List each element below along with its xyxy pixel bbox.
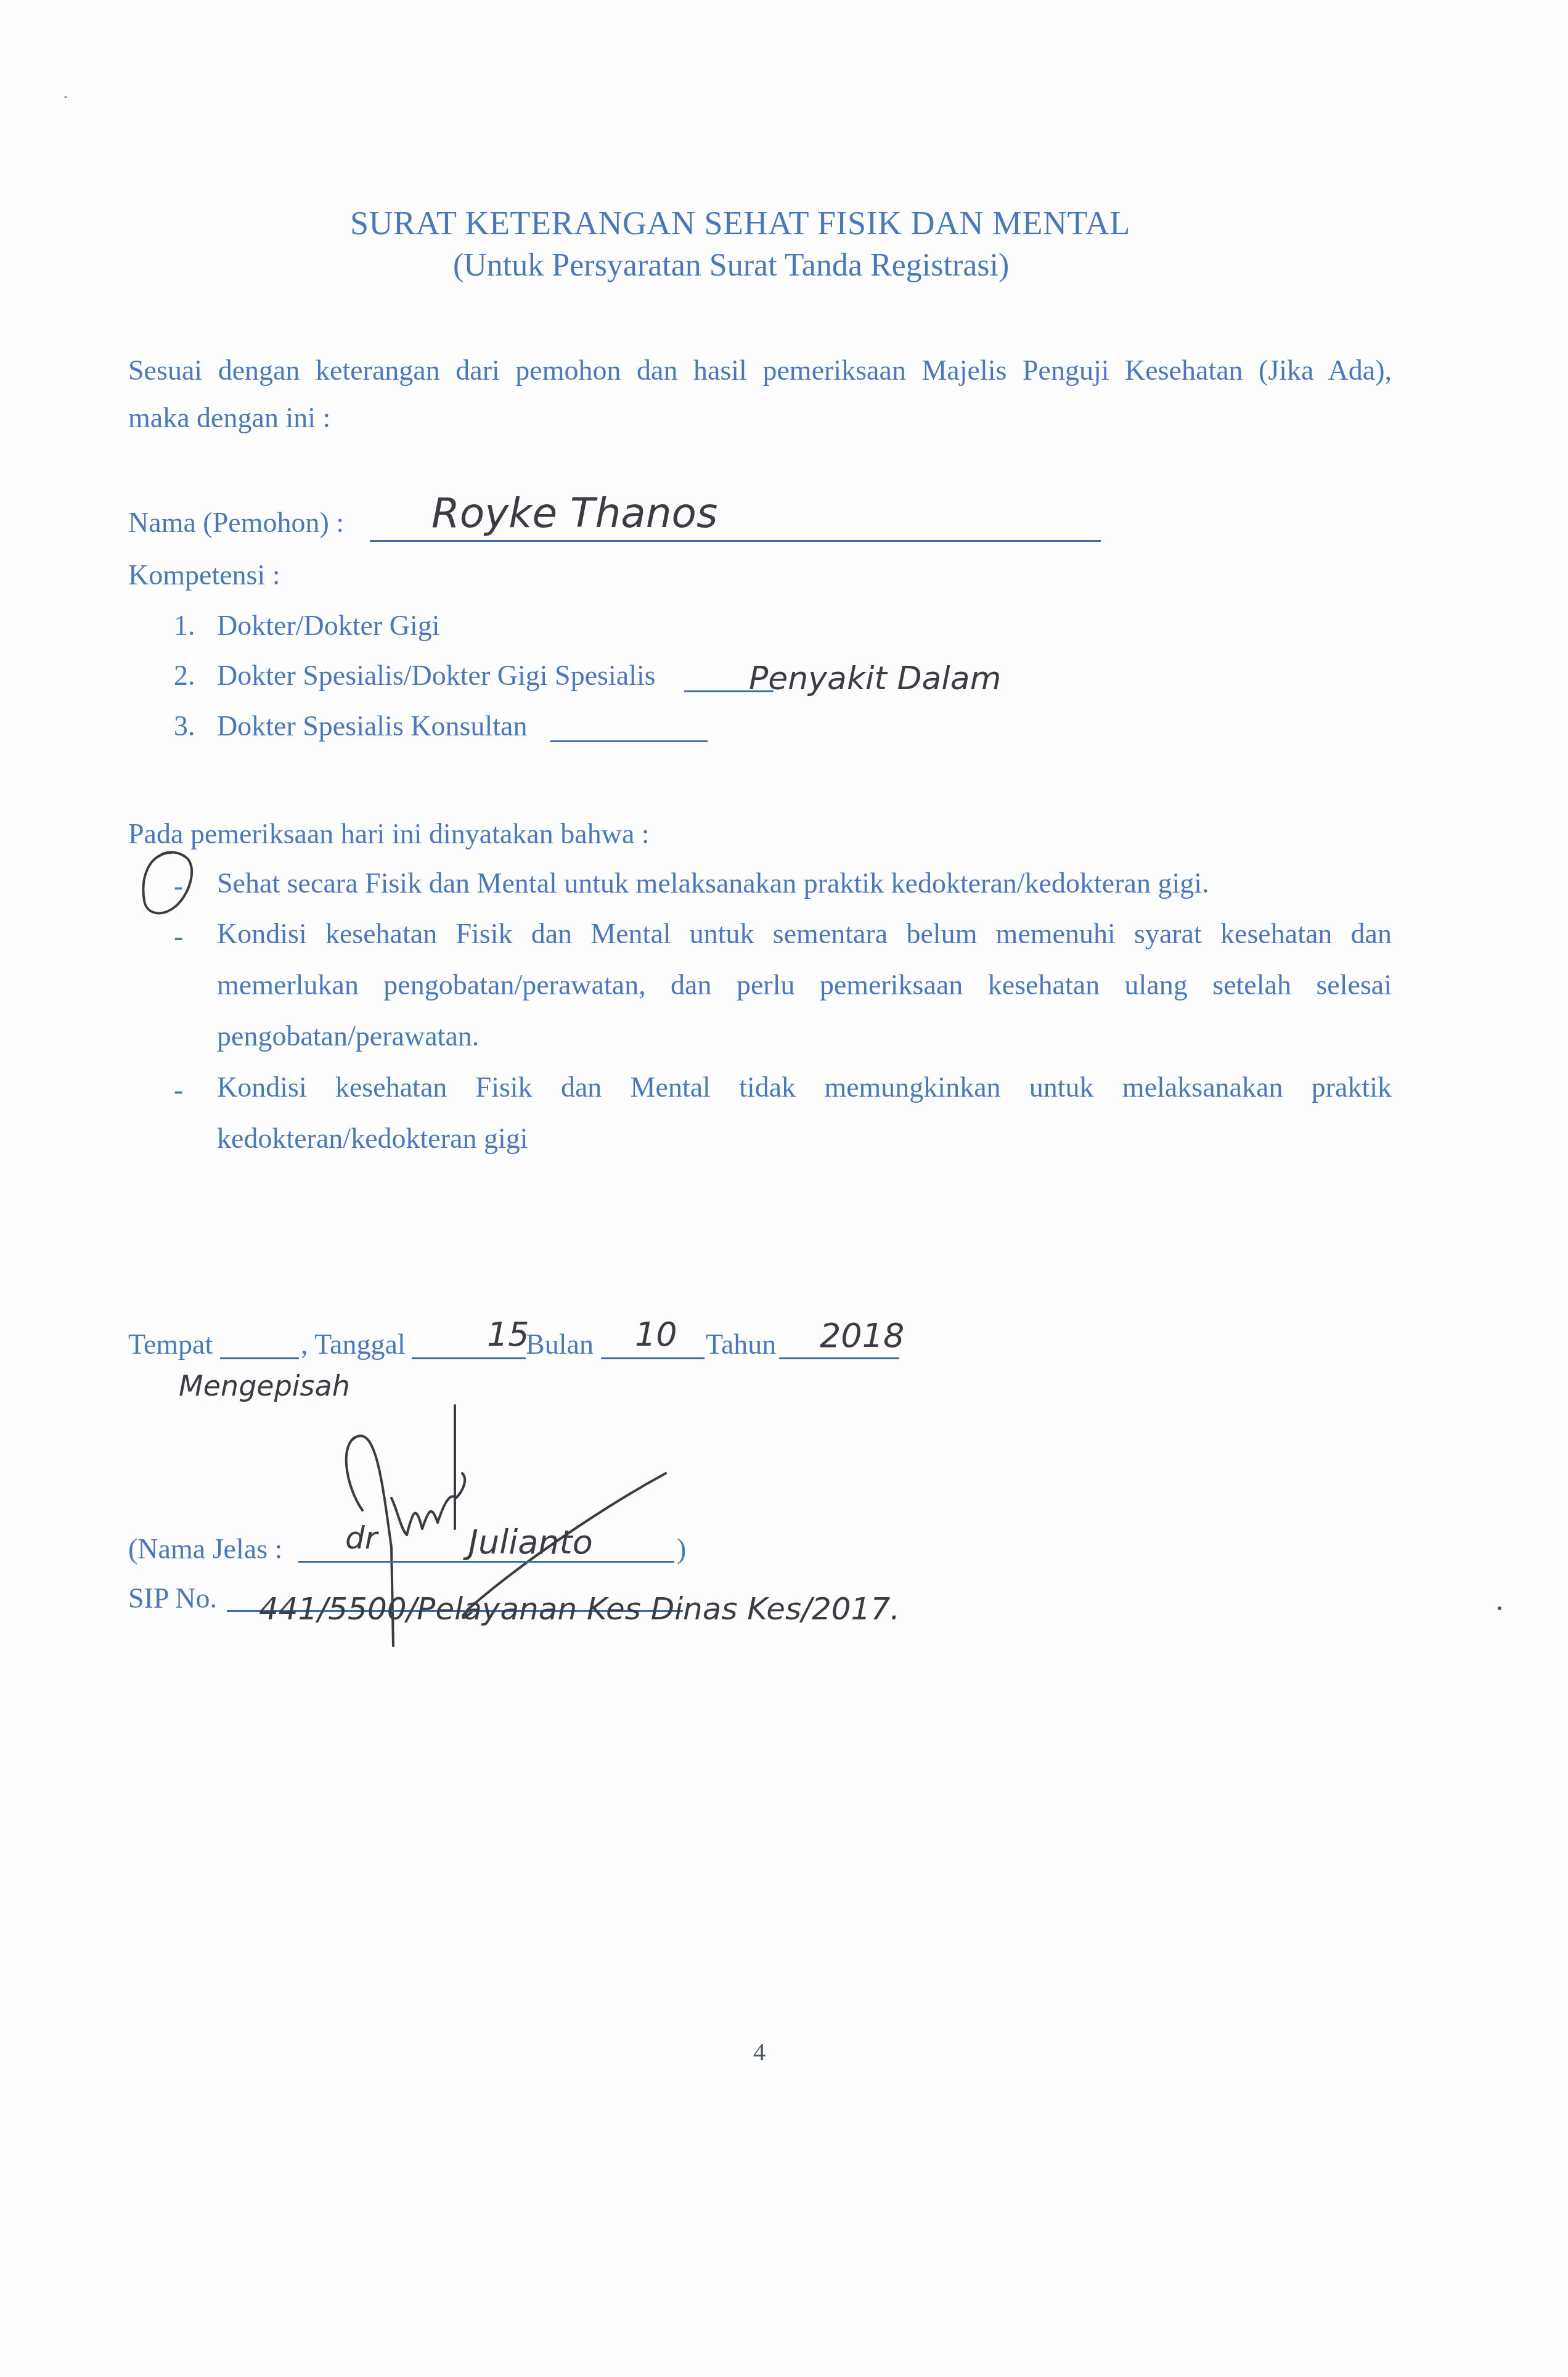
day-label: , Tanggal: [301, 1330, 406, 1359]
option-2-text-line-3: pengobatan/perawatan.: [217, 1022, 479, 1050]
option-3-bullet[interactable]: -: [174, 1073, 183, 1106]
intro-line-1: Sesuai dengan keterangan dari pemohon da…: [128, 356, 1392, 385]
competence-item-2-value[interactable]: Penyakit Dalam: [749, 663, 1001, 695]
option-2-text-line-1: Kondisi kesehatan Fisik dan Mental untuk…: [217, 920, 1392, 948]
competence-item-3-number: 3.: [174, 712, 195, 740]
competence-item-2-number: 2.: [174, 661, 195, 690]
scan-speck: [64, 96, 67, 98]
scan-speck: [1498, 1606, 1501, 1610]
competence-item-1-number: 1.: [174, 612, 195, 640]
applicant-name-field-line: [370, 540, 1101, 542]
page-number: 4: [753, 2037, 766, 2066]
year-label: Tahun: [706, 1330, 776, 1359]
clear-name-prefix[interactable]: dr: [345, 1523, 377, 1553]
option-3-text-line-1: Kondisi kesehatan Fisik dan Mental tidak…: [217, 1073, 1392, 1102]
clear-name-value[interactable]: Julianto: [468, 1526, 593, 1559]
option-1-bullet[interactable]: -: [174, 869, 183, 902]
option-3-text-line-2: kedokteran/kedokteran gigi: [217, 1124, 528, 1153]
competence-label: Kompetensi :: [128, 561, 280, 589]
applicant-label: Nama (Pemohon) :: [128, 509, 344, 537]
clear-name-close: ): [677, 1535, 686, 1563]
day-field-line: [412, 1357, 526, 1359]
option-2-text-line-2: memerlukan pengobatan/perawatan, dan per…: [217, 971, 1392, 999]
applicant-name-value[interactable]: Royke Thanos: [431, 493, 717, 534]
month-field-line: [601, 1357, 704, 1359]
document-subtitle: (Untuk Persyaratan Surat Tanda Registras…: [453, 250, 1009, 282]
day-value[interactable]: 15: [487, 1318, 529, 1351]
option-1-text: Sehat secara Fisik dan Mental untuk mela…: [217, 869, 1209, 898]
sip-value[interactable]: 441/5500/Pelayanan Kes Dinas Kes/2017.: [259, 1594, 900, 1624]
month-label: Bulan: [526, 1330, 594, 1359]
clear-name-label: (Nama Jelas :: [128, 1535, 282, 1563]
competence-item-3-field-line[interactable]: [550, 740, 708, 742]
competence-item-3-label: Dokter Spesialis Konsultan: [217, 712, 527, 740]
handwritten-place-note: Mengepisah: [179, 1372, 350, 1400]
selection-circle-icon: [136, 848, 210, 922]
intro-line-2: maka dengan ini :: [128, 404, 330, 432]
month-value[interactable]: 10: [635, 1318, 677, 1351]
sip-label: SIP No.: [128, 1584, 217, 1613]
place-label: Tempat: [128, 1330, 213, 1359]
exam-label: Pada pemeriksaan hari ini dinyatakan bah…: [128, 820, 650, 848]
year-value[interactable]: 2018: [820, 1319, 904, 1352]
place-field-line[interactable]: [220, 1357, 299, 1359]
year-field-line: [779, 1357, 899, 1359]
competence-item-2-label: Dokter Spesialis/Dokter Gigi Spesialis: [217, 661, 656, 690]
option-2-bullet[interactable]: -: [174, 920, 183, 952]
competence-item-1-label: Dokter/Dokter Gigi: [217, 612, 440, 640]
document-title: SURAT KETERANGAN SEHAT FISIK DAN MENTAL: [350, 207, 1130, 240]
